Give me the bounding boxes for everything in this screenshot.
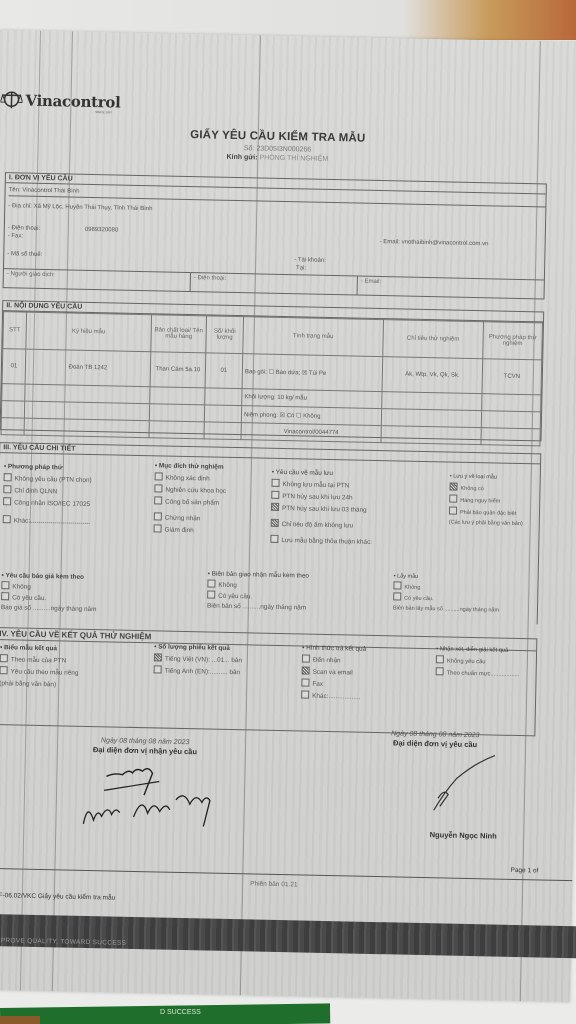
checkbox[interactable]	[449, 507, 457, 515]
logo-brand: Vinacontrol	[25, 92, 120, 112]
slogan-text: IMPROVE QUALITY, TOWARD SUCCESS	[0, 937, 126, 947]
section-requesting-unit: I. ĐƠN VỊ YÊU CẦU Tên: Vinacontrol Thái …	[3, 172, 547, 299]
checkbox-checked[interactable]	[271, 503, 279, 511]
slogan-band: IMPROVE QUALITY, TOWARD SUCCESS	[0, 914, 576, 959]
checkbox[interactable]	[302, 654, 310, 662]
document-header: GIẤY YÊU CẦU KIỂM TRA MẪU Số: 23D05I3N00…	[0, 125, 558, 168]
checkbox-item[interactable]: Công bố sản phẩm	[154, 496, 274, 511]
scales-icon	[0, 90, 22, 110]
column-header: Tình trạng mẫu	[243, 317, 384, 357]
checkbox-item[interactable]: PTN hủy sau khi lưu 03 tháng	[271, 503, 441, 519]
tax-code-label: - Mã số thuế:	[7, 251, 42, 258]
contact-email-label: - Email:	[358, 277, 544, 299]
checkbox[interactable]	[4, 473, 12, 481]
checkbox-checked[interactable]	[271, 519, 279, 527]
checkbox-item[interactable]: Giám định	[153, 524, 273, 539]
checkbox[interactable]	[0, 654, 8, 662]
checkbox[interactable]	[271, 479, 279, 487]
logo-tagline: SINCE 1957	[95, 110, 112, 114]
fax-label: - Fax:	[8, 233, 23, 239]
checkbox[interactable]	[154, 665, 162, 673]
footer-divider	[0, 868, 572, 881]
checkbox[interactable]	[207, 590, 215, 598]
column-header: STT	[3, 312, 27, 349]
checkbox-item[interactable]: Chỉ tiêu độ ẩm không lưu	[271, 519, 441, 535]
column-header: Chỉ tiêu thử nghiệm	[383, 320, 484, 359]
checkbox[interactable]	[1, 581, 9, 589]
page-number: Page 1 of	[510, 867, 538, 875]
test-method-group: Phương pháp thử Không yêu cầu (PTN chọn)…	[3, 461, 144, 530]
checkbox[interactable]	[301, 690, 309, 698]
checkbox[interactable]	[1, 592, 9, 600]
comments-group: Nhận xét, diễn giải kết quả Không yêu cầ…	[435, 643, 546, 681]
checkbox[interactable]	[393, 592, 401, 600]
column-header: Phương pháp thử nghiệm	[483, 322, 543, 360]
vinacontrol-logo: Vinacontrol SINCE 1957	[0, 90, 120, 113]
contact-person-label: - Người giao dịch:	[4, 269, 191, 291]
phone-value: 0989320080	[85, 227, 118, 234]
checkbox[interactable]	[449, 495, 457, 503]
checkbox-item[interactable]: Khác:	[3, 515, 143, 530]
result-form-note: (phải bằng văn bản)	[0, 678, 139, 693]
checkbox[interactable]	[155, 472, 163, 480]
quote-group: Yêu cầu báo giá kèm theo Không Có yêu cầ…	[1, 571, 152, 616]
checkbox[interactable]	[154, 484, 162, 492]
checkbox[interactable]	[207, 579, 215, 587]
quote-reference: Báo giá số ..........ngày tháng năm	[1, 603, 151, 616]
checkbox[interactable]	[271, 491, 279, 499]
storage-group: Yêu cầu về mẫu lưu Không lưu mẫu tại PTN…	[270, 467, 442, 551]
sampling-reference: Biên bản lấy mẫu số ..........ngày tháng…	[393, 603, 543, 616]
checkbox[interactable]	[154, 524, 162, 532]
checkbox-checked[interactable]	[154, 653, 162, 661]
signature-icon	[43, 753, 245, 837]
sample-notes-group: Lưu ý về loại mẫu Không có Hàng nguy hiể…	[449, 471, 545, 529]
bank-label: Tại:	[296, 265, 306, 271]
sampling-group: Lấy mẫu Không Có yêu cầu. Biên bản lấy m…	[393, 571, 544, 616]
section-detailed-requirements: III. YÊU CẦU CHI TIẾT Phương pháp thử Kh…	[0, 442, 541, 624]
checkbox[interactable]	[3, 497, 11, 505]
column-header: Ký hiệu mẫu	[26, 312, 152, 352]
section-heading: III. YÊU CẦU CHI TIẾT	[0, 443, 540, 464]
checkbox[interactable]	[154, 496, 162, 504]
column-header: Số/ khối lượng	[206, 316, 244, 354]
requester-address: - Địa chỉ: Xã Mỹ Lộc, Huyện Thái Thụy, T…	[8, 203, 152, 212]
checkbox-item[interactable]: Theo chuẩn mực..................	[435, 667, 545, 681]
contact-row: - Người giao dịch: - Điện thoại: - Email…	[4, 268, 544, 298]
checkbox-item[interactable]: Khác:..................	[301, 690, 431, 705]
underlying-page-slogan: D SUCCESS	[160, 1009, 201, 1016]
email-value: - Email: vnothaibinh@vinacontrol.com.vn	[380, 239, 489, 247]
desk-edge	[0, 1016, 40, 1024]
account-label: - Tài khoản:	[294, 257, 326, 264]
checkbox[interactable]	[0, 666, 8, 674]
signature-block-requester: Ngày 08 tháng 08 năm 2023 Đại diện đơn v…	[343, 729, 525, 841]
checkbox[interactable]	[154, 512, 162, 520]
delivery-group: Hình thức trả kết quả Đến nhận Scan và e…	[301, 642, 432, 705]
checkbox[interactable]	[393, 581, 401, 589]
signature-icon	[344, 746, 525, 820]
section-request-content: II. NỘI DUNG YÊU CẦU STT Ký hiệu mẫu Bản…	[0, 300, 544, 441]
checkbox[interactable]	[270, 535, 278, 543]
checkbox-checked[interactable]	[302, 666, 310, 674]
form-version: Phiên bản 01.21	[250, 880, 297, 888]
checkbox[interactable]	[436, 655, 444, 663]
checkbox-checked[interactable]	[449, 483, 457, 491]
section-result-requirements: IV. YÊU CẦU VỀ KẾT QUẢ THỬ NGHIỆM Biểu m…	[0, 627, 537, 736]
result-form-group: Biểu mẫu kết quả Theo mẫu của PTN Yêu cầ…	[0, 642, 140, 693]
checkbox[interactable]	[301, 678, 309, 686]
checkbox-item[interactable]: Tiếng Anh (EN):.......... bản	[153, 665, 303, 680]
checkbox[interactable]	[3, 515, 11, 523]
handover-group: Biên bản giao nhận mẫu kèm theo Không Có…	[207, 569, 388, 615]
request-table: STT Ký hiệu mẫu Bản chất loại/ Tên mẫu h…	[1, 311, 543, 446]
document-page: Vinacontrol SINCE 1957 GIẤY YÊU CẦU KIỂM…	[0, 30, 576, 1002]
sample-notes-note: (Các lưu ý phải bằng văn bản)	[449, 519, 544, 529]
column-header: Bản chất loại/ Tên mẫu hàng	[151, 315, 207, 353]
copies-group: Số lượng phiếu kết quả Tiếng Việt (VN): …	[153, 641, 304, 680]
checkbox[interactable]	[3, 485, 11, 493]
signature-block-receiver: Ngày 08 tháng 08 năm 2023 Đại diện đơn v…	[43, 736, 245, 839]
form-code: QLF-06.02/VKC Giấy yêu cầu kiểm tra mẫu	[0, 892, 115, 902]
contact-phone-label: - Điện thoại:	[191, 273, 358, 294]
purpose-group: Mục đích thử nghiệm Không xác định Nghiê…	[153, 460, 275, 538]
checkbox[interactable]	[436, 667, 444, 675]
phone-label: - Điện thoại:	[8, 225, 40, 232]
checkbox-item[interactable]: Lưu mẫu bằng thỏa thuận khác:	[270, 535, 440, 551]
checkbox-item[interactable]: Công nhận ISO/IEC 17025	[3, 497, 143, 512]
